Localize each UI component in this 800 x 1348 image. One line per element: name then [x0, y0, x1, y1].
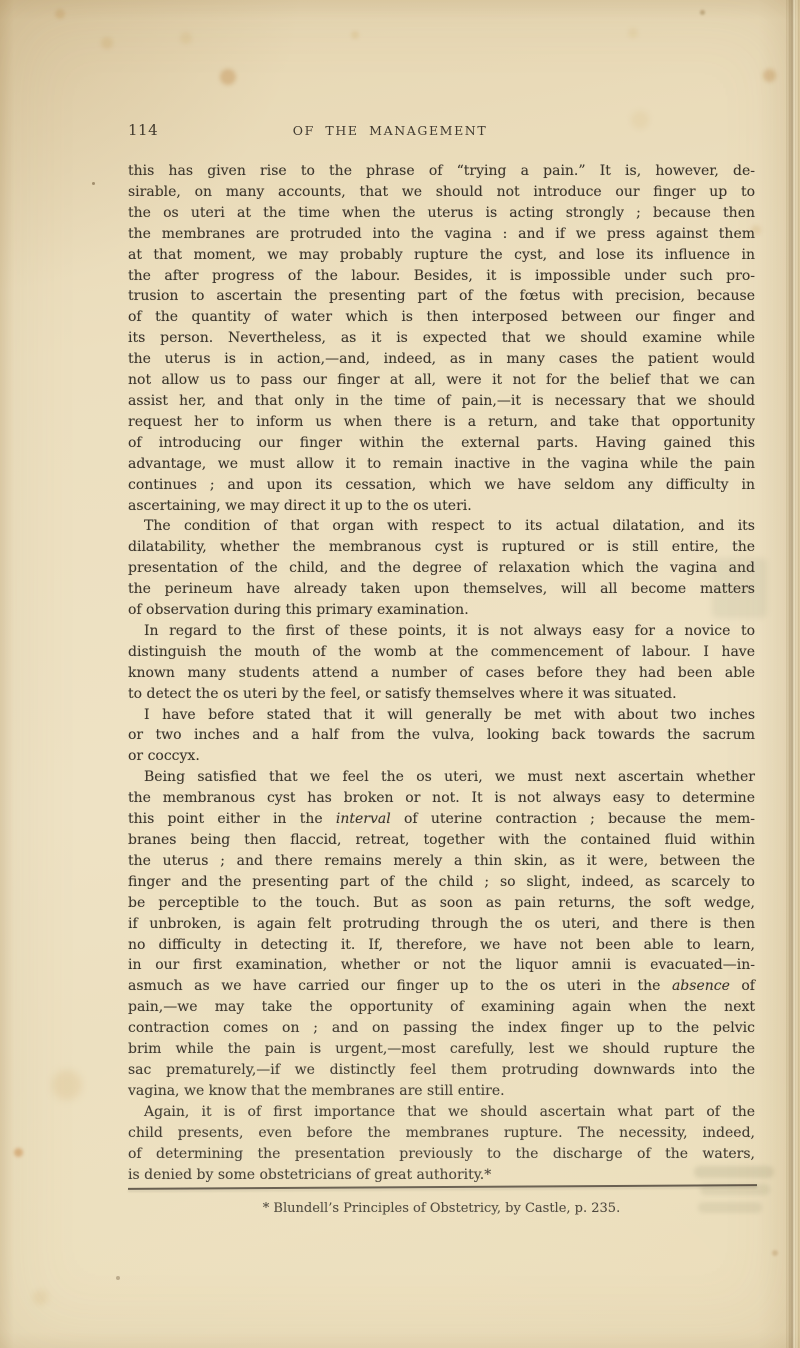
book-page-scan: 114 OF THE MANAGEMENT this has given ris…: [0, 0, 800, 1348]
text-line: assist her, and that only in the time of…: [128, 391, 755, 412]
text-line: request her to inform us when there is a…: [128, 412, 755, 433]
foxing-spot: [55, 9, 65, 19]
foxing-spot: [101, 37, 113, 49]
text-line: the uterus is in action,—and, indeed, as…: [128, 349, 755, 370]
text-line: the perineum have already taken upon the…: [128, 579, 755, 600]
text-line: finger and the presenting part of the ch…: [128, 872, 755, 893]
foxing-spot: [220, 69, 236, 85]
text-line: sac prematurely,—if we distinctly feel t…: [128, 1060, 755, 1081]
text-line: Again, it is of first importance that we…: [128, 1102, 755, 1123]
ink-fleck: [116, 1276, 120, 1280]
text-line: of the quantity of water which is then i…: [128, 307, 755, 328]
text-line: at that moment, we may probably rupture …: [128, 245, 755, 266]
text-line: sirable, on many accounts, that we shoul…: [128, 182, 755, 203]
text-line: Being satisfied that we feel the os uter…: [128, 767, 755, 788]
foxing-spot: [351, 31, 359, 39]
text-line: ascertaining, we may direct it up to the…: [128, 496, 755, 517]
running-head: OF THE MANAGEMENT: [293, 123, 488, 138]
text-line: In regard to the first of these points, …: [128, 621, 755, 642]
text-line: is denied by some obstetricians of great…: [128, 1165, 755, 1186]
text-line: asmuch as we have carried our finger up …: [128, 976, 755, 997]
text-line: in our first examination, whether or not…: [128, 955, 755, 976]
text-line: distinguish the mouth of the womb at the…: [128, 642, 755, 663]
text-line: known many students attend a number of c…: [128, 663, 755, 684]
foxing-spot: [33, 1290, 48, 1305]
foxing-spot: [772, 1250, 778, 1256]
text-line: or two inches and a half from the vulva,…: [128, 725, 755, 746]
text-line: not allow us to pass our finger at all, …: [128, 370, 755, 391]
text-line: or coccyx.: [128, 746, 755, 767]
foxing-spot: [14, 1148, 23, 1157]
text-line: child presents, even before the membrane…: [128, 1123, 755, 1144]
text-line: to detect the os uteri by the feel, or s…: [128, 684, 755, 705]
text-line: of observation during this primary exami…: [128, 600, 755, 621]
text-line: this has given rise to the phrase of “tr…: [128, 161, 755, 182]
text-line: presentation of the child, and the degre…: [128, 558, 755, 579]
text-line: the os uteri at the time when the uterus…: [128, 203, 755, 224]
text-line: pain,—we may take the opportunity of exa…: [128, 997, 755, 1018]
text-line: if unbroken, is again felt protruding th…: [128, 914, 755, 935]
text-line: the membranous cyst has broken or not. I…: [128, 788, 755, 809]
book-fore-edge: [786, 0, 800, 1348]
text-line: be perceptible to the touch. But as soon…: [128, 893, 755, 914]
page-body-text: this has given rise to the phrase of “tr…: [128, 161, 755, 1185]
text-line: dilatability, whether the membranous cys…: [128, 537, 755, 558]
foxing-spot: [52, 1070, 82, 1100]
text-line: contraction comes on ; and on passing th…: [128, 1018, 755, 1039]
page-header: 114 OF THE MANAGEMENT: [0, 121, 800, 139]
text-line: of determining the presentation previous…: [128, 1144, 755, 1165]
page-number: 114: [128, 121, 158, 139]
text-line: trusion to ascertain the presenting part…: [128, 286, 755, 307]
text-line: continues ; and upon its cessation, whic…: [128, 475, 755, 496]
text-line: advantage, we must allow it to remain in…: [128, 454, 755, 475]
text-line: the uterus ; and there remains merely a …: [128, 851, 755, 872]
foxing-spot: [628, 28, 638, 38]
foxing-spot: [763, 69, 776, 82]
text-line: I have before stated that it will genera…: [128, 705, 755, 726]
text-line: no difficulty in detecting it. If, there…: [128, 935, 755, 956]
text-line: its person. Nevertheless, as it is expec…: [128, 328, 755, 349]
text-line: the membranes are protruded into the vag…: [128, 224, 755, 245]
foxing-spot: [180, 32, 192, 44]
text-line: the after progress of the labour. Beside…: [128, 266, 755, 287]
foxing-spot: [700, 10, 705, 15]
text-line: branes being then flaccid, retreat, toge…: [128, 830, 755, 851]
text-line: brim while the pain is urgent,—most care…: [128, 1039, 755, 1060]
text-line: this point either in the interval of ute…: [128, 809, 755, 830]
text-line: vagina, we know that the membranes are s…: [128, 1081, 755, 1102]
footnote: * Blundell’s Principles of Obstetricy, b…: [128, 1201, 755, 1216]
text-line: of introducing our finger within the ext…: [128, 433, 755, 454]
text-line: The condition of that organ with respect…: [128, 516, 755, 537]
ink-fleck: [92, 182, 95, 185]
